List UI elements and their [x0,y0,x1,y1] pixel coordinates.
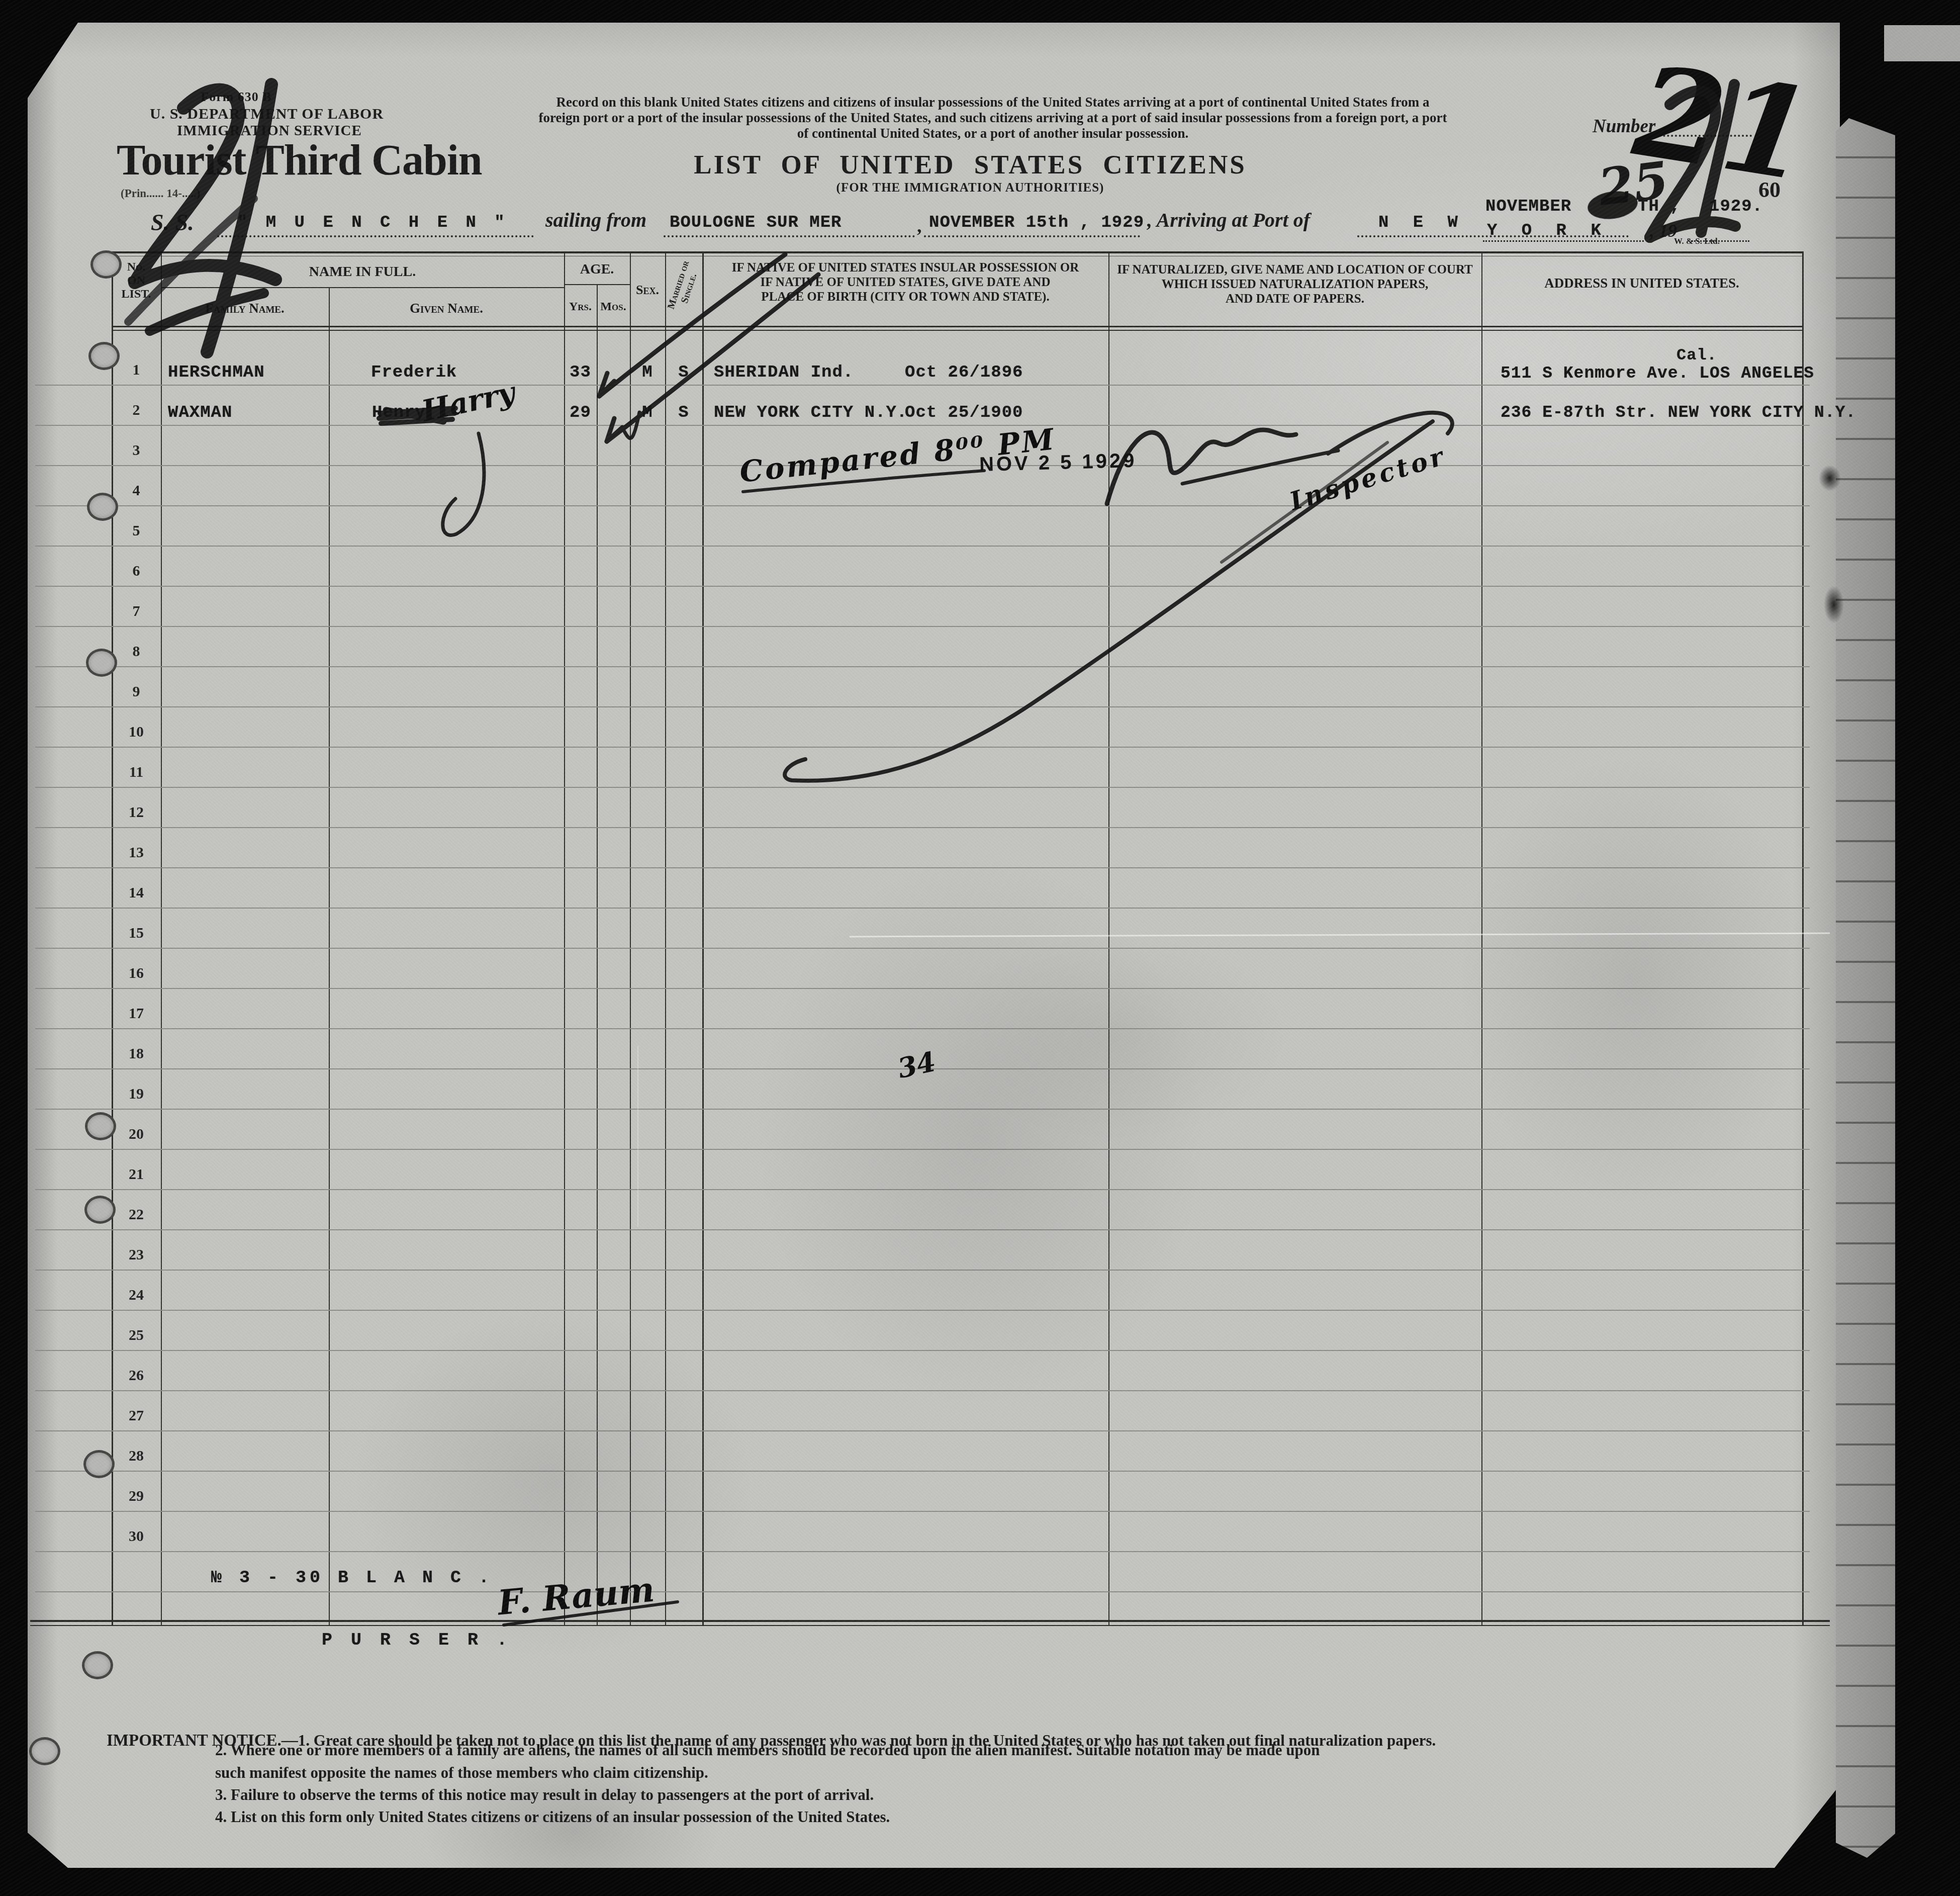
row-number: 16 [112,965,161,982]
entry1-married-single: S [665,363,702,382]
department-name: U. S. DEPARTMENT OF LABOR [150,106,384,123]
scan-corner-patch [1884,25,1960,61]
entry2-family-name: WAXMAN [168,403,232,422]
punch-hole [82,1651,113,1679]
printer-mark: W. & S. Ltd. [1674,236,1720,246]
row-number: 2 [112,402,161,419]
comma-printed: , [917,215,922,237]
entry1-age-yrs: 33 [564,363,597,382]
punch-hole [83,1450,115,1478]
table-row-line [35,666,1810,667]
paper-smudge [754,855,1206,1408]
date-stamp: NOV 2 5 1929 [979,449,1137,476]
arrival-port-line2-typed: Y O R K [1487,221,1608,240]
punch-hole [84,1196,116,1224]
entry2-given-name-struck: Henry [372,403,426,422]
ship-prefix: S. S. [151,209,194,236]
arrival-port-line1-typed: N E W [1378,213,1465,232]
table-row-line [35,505,1810,506]
entry1-address: 511 S Kenmore Ave. LOS ANGELES [1501,364,1814,383]
ship-name-typed: " M U E N C H E N " [237,213,509,232]
record-instructions: Record on this blank United States citiz… [417,95,1568,141]
row-number: 8 [112,643,161,660]
row-number: 20 [112,1126,161,1143]
col-header-family-name: Family Name. [161,301,329,316]
row-number: 21 [112,1166,161,1183]
row-number: 19 [112,1086,161,1103]
sailing-from-label: sailing from [545,208,646,232]
table-bottom-border [30,1620,1830,1622]
row-number: 18 [112,1045,161,1062]
entry2-age-yrs: 29 [564,403,597,422]
header-bottom-border-2 [112,330,1802,331]
next-page-edge [1836,118,1895,1858]
row-number: 17 [112,1005,161,1022]
page-subtitle: (FOR THE IMMIGRATION AUTHORITIES) [643,181,1297,195]
row-number: 12 [112,804,161,821]
ink-blotch [1819,465,1841,491]
table-row-line [35,1511,1810,1512]
notice-item-3: 3. Failure to observe the terms of this … [215,1786,1844,1804]
sailing-port-dotted [664,235,915,237]
scanned-manifest-page: Form 630 B U. S. DEPARTMENT OF LABOR IMM… [0,0,1960,1896]
punch-hole [85,1112,116,1140]
sailing-date-typed: NOVEMBER 15th , 1929 [929,213,1144,232]
table-row-line [35,706,1810,707]
row-number: 4 [112,482,161,499]
col-header-mos: Mos. [597,300,630,314]
col-header-age: AGE. [564,261,630,278]
entry1-birth-place: SHERIDAN Ind. [714,363,854,382]
table-row-line [35,385,1810,386]
punch-hole [88,342,120,370]
sailing-port-typed: BOULOGNE SUR MER [670,213,842,232]
ink-blotch [1824,586,1844,623]
header-bottom-border [112,326,1802,327]
arrival-port-dotted [1357,235,1629,237]
row-number: 15 [112,925,161,942]
col-header-address: ADDRESS IN UNITED STATES. [1481,276,1802,291]
entry1-address-state: Cal. [1676,346,1717,365]
punch-hole [86,649,117,677]
ship-dotted-line [217,235,534,237]
entry1-birth-date: Oct 26/1896 [905,363,1023,382]
row-number: 13 [112,844,161,861]
col-line-no [161,251,162,1625]
punch-hole [29,1737,60,1765]
row-number: 14 [112,884,161,901]
col-header-yrs: Yrs. [564,300,597,314]
col-header-sex: Sex. [630,283,665,298]
edition-note: (Prin...... 14-.....) [121,187,200,200]
col-header-birth: IF NATIVE OF UNITED STATES INSULAR POSSE… [702,260,1108,304]
arrival-month-typed: NOVEMBER [1485,197,1571,216]
form-number: Form 630 B [166,89,307,105]
entry2-married-single: S [665,403,702,422]
row-number: 11 [112,764,161,781]
entry2-birth-place: NEW YORK CITY N.Y. [714,403,907,422]
row-number: 28 [112,1448,161,1465]
table-row-line [35,1430,1810,1431]
punch-hole [87,493,118,521]
table-row-line [35,1471,1810,1472]
row-number: 30 [112,1528,161,1545]
row-number: 3 [112,442,161,459]
notice-item-2: 2. Where one or more members of a family… [215,1739,1844,1784]
arrival-dotted-1 [1483,240,1644,242]
table-row-line [35,1551,1810,1552]
table-row-line [35,626,1810,627]
table-top-border [112,251,1802,253]
page-title: LIST OF UNITED STATES CITIZENS [643,150,1297,180]
notice-item-4: 4. List on this form only United States … [215,1808,1844,1826]
table-row-line [35,586,1810,587]
arrival-year-typed: 1929. [1709,197,1763,216]
entry1-sex: M [630,363,665,382]
row-number: 6 [112,563,161,580]
row-number: 10 [112,724,161,741]
entry1-family-name: HERSCHMAN [168,363,265,382]
col-header-name-in-full: NAME IN FULL. [161,264,564,280]
table-top-border-thin [112,256,1802,256]
row-number: 24 [112,1287,161,1304]
row-number: 23 [112,1246,161,1263]
paper-smudge [352,1307,754,1659]
col-line-family-given [329,287,330,1625]
col-header-naturalized: IF NATURALIZED, GIVE NAME AND LOCATION O… [1108,262,1481,306]
row-number: 5 [112,522,161,539]
cabin-class-title: Tourist Third Cabin [117,135,482,185]
row-number: 27 [112,1407,161,1424]
table-row-line [35,747,1810,748]
name-header-underline [161,287,564,288]
sailing-date-dotted [924,235,1140,237]
entry2-birth-date: Oct 25/1900 [905,403,1023,422]
arrival-19-printed: , 19 [1650,220,1677,241]
row-number: 22 [112,1206,161,1223]
row-number: 1 [112,362,161,379]
arriving-label: , Arriving at Port of [1147,208,1310,232]
table-bottom-border-2 [30,1625,1830,1626]
row-number: 9 [112,683,161,700]
table-row-line [35,546,1810,547]
row-number: 29 [112,1488,161,1505]
table-row-line [35,425,1810,426]
punch-hole [90,250,122,279]
row-number: 26 [112,1367,161,1384]
col-header-given-name: Given Name. [329,301,564,316]
scan-scratch [637,1046,638,1227]
row-number: 25 [112,1327,161,1344]
entry2-sex: M [630,403,665,422]
entry2-address: 236 E-87th Str. NEW YORK CITY N.Y. [1501,403,1856,422]
paper-smudge [1458,754,1810,1207]
row-number: 7 [112,603,161,620]
arrival-th-typed: TH , [1638,197,1681,216]
entry1-given-name: Frederik [371,363,457,382]
blanc-row-line [35,1591,1810,1592]
